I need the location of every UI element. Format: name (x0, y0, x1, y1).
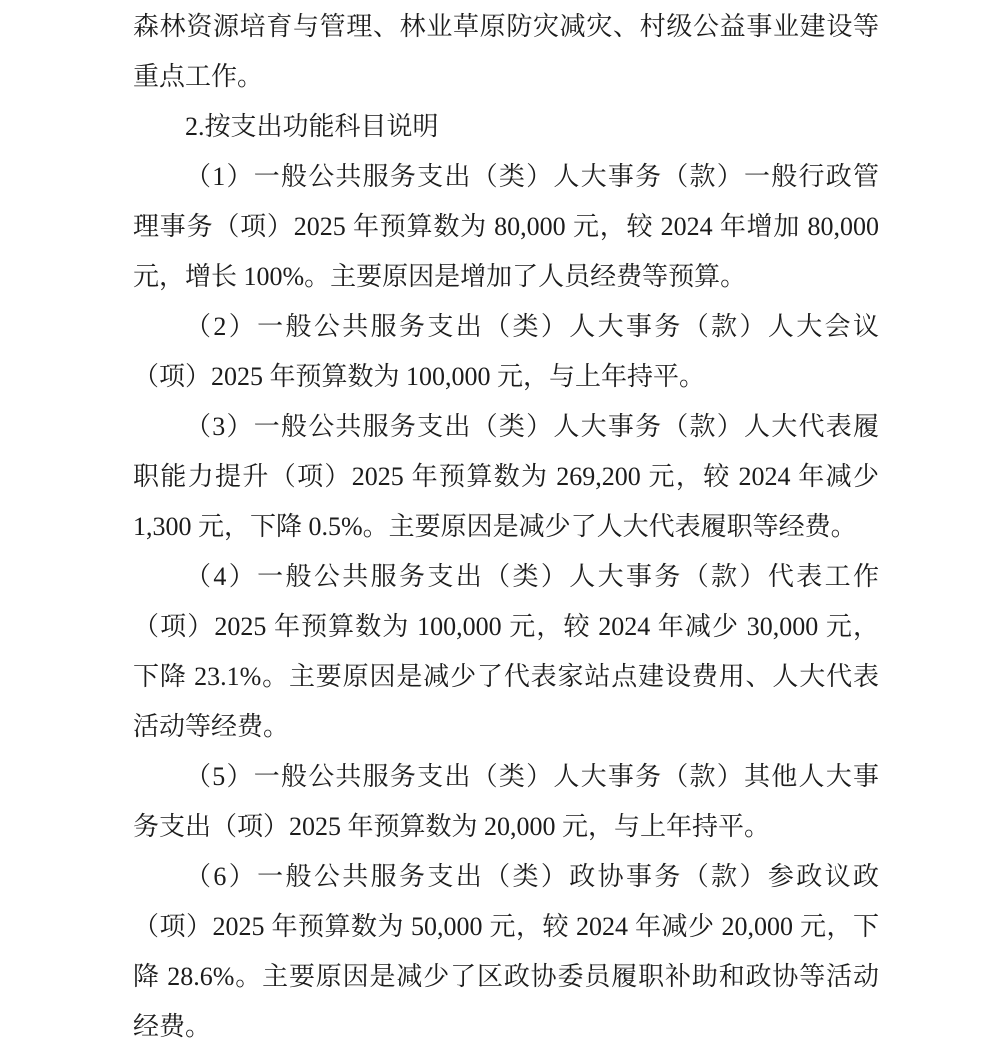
paragraph: （5）一般公共服务支出（类）人大事务（款）其他人大事 务支出（项）2025 年预… (133, 752, 879, 852)
paragraph: （2）一般公共服务支出（类）人大事务（款）人大会议 （项）2025 年预算数为 … (133, 302, 879, 402)
text-line: 重点工作。 (133, 52, 879, 102)
text-line: 森林资源培育与管理、林业草原防灾减灾、村级公益事业建设等 (133, 2, 879, 52)
paragraph: 森林资源培育与管理、林业草原防灾减灾、村级公益事业建设等 重点工作。 (133, 2, 879, 102)
paragraph: （6）一般公共服务支出（类）政协事务（款）参政议政 （项）2025 年预算数为 … (133, 852, 879, 1052)
text-line: 务支出（项）2025 年预算数为 20,000 元，与上年持平。 (133, 802, 879, 852)
text-line: 活动等经费。 (133, 702, 879, 752)
text-line: 降 28.6%。主要原因是减少了区政协委员履职补助和政协等活动 (133, 952, 879, 1002)
text-line: （3）一般公共服务支出（类）人大事务（款）人大代表履 (133, 402, 879, 452)
text-line: （项）2025 年预算数为 100,000 元，较 2024 年减少 30,00… (133, 602, 879, 652)
text-line: （项）2025 年预算数为 50,000 元，较 2024 年减少 20,000… (133, 902, 879, 952)
text-line: （4）一般公共服务支出（类）人大事务（款）代表工作 (133, 552, 879, 602)
text-line: 1,300 元，下降 0.5%。主要原因是减少了人大代表履职等经费。 (133, 502, 879, 552)
paragraph: （1）一般公共服务支出（类）人大事务（款）一般行政管 理事务（项）2025 年预… (133, 152, 879, 302)
text-line: 元，增长 100%。主要原因是增加了人员经费等预算。 (133, 252, 879, 302)
text-line: （5）一般公共服务支出（类）人大事务（款）其他人大事 (133, 752, 879, 802)
section-heading-line: 2.按支出功能科目说明 (133, 102, 879, 152)
text-line: （2）一般公共服务支出（类）人大事务（款）人大会议 (133, 302, 879, 352)
text-line: 下降 23.1%。主要原因是减少了代表家站点建设费用、人大代表 (133, 652, 879, 702)
paragraph: （4）一般公共服务支出（类）人大事务（款）代表工作 （项）2025 年预算数为 … (133, 552, 879, 752)
text-line: 理事务（项）2025 年预算数为 80,000 元，较 2024 年增加 80,… (133, 202, 879, 252)
document-page: 森林资源培育与管理、林业草原防灾减灾、村级公益事业建设等 重点工作。 2.按支出… (0, 0, 1000, 1056)
text-line: 职能力提升（项）2025 年预算数为 269,200 元，较 2024 年减少 (133, 452, 879, 502)
text-line: （6）一般公共服务支出（类）政协事务（款）参政议政 (133, 852, 879, 902)
paragraph: 2.按支出功能科目说明 (133, 102, 879, 152)
paragraph: （3）一般公共服务支出（类）人大事务（款）人大代表履 职能力提升（项）2025 … (133, 402, 879, 552)
text-line: 经费。 (133, 1002, 879, 1052)
text-line: （1）一般公共服务支出（类）人大事务（款）一般行政管 (133, 152, 879, 202)
text-line: （项）2025 年预算数为 100,000 元，与上年持平。 (133, 352, 879, 402)
